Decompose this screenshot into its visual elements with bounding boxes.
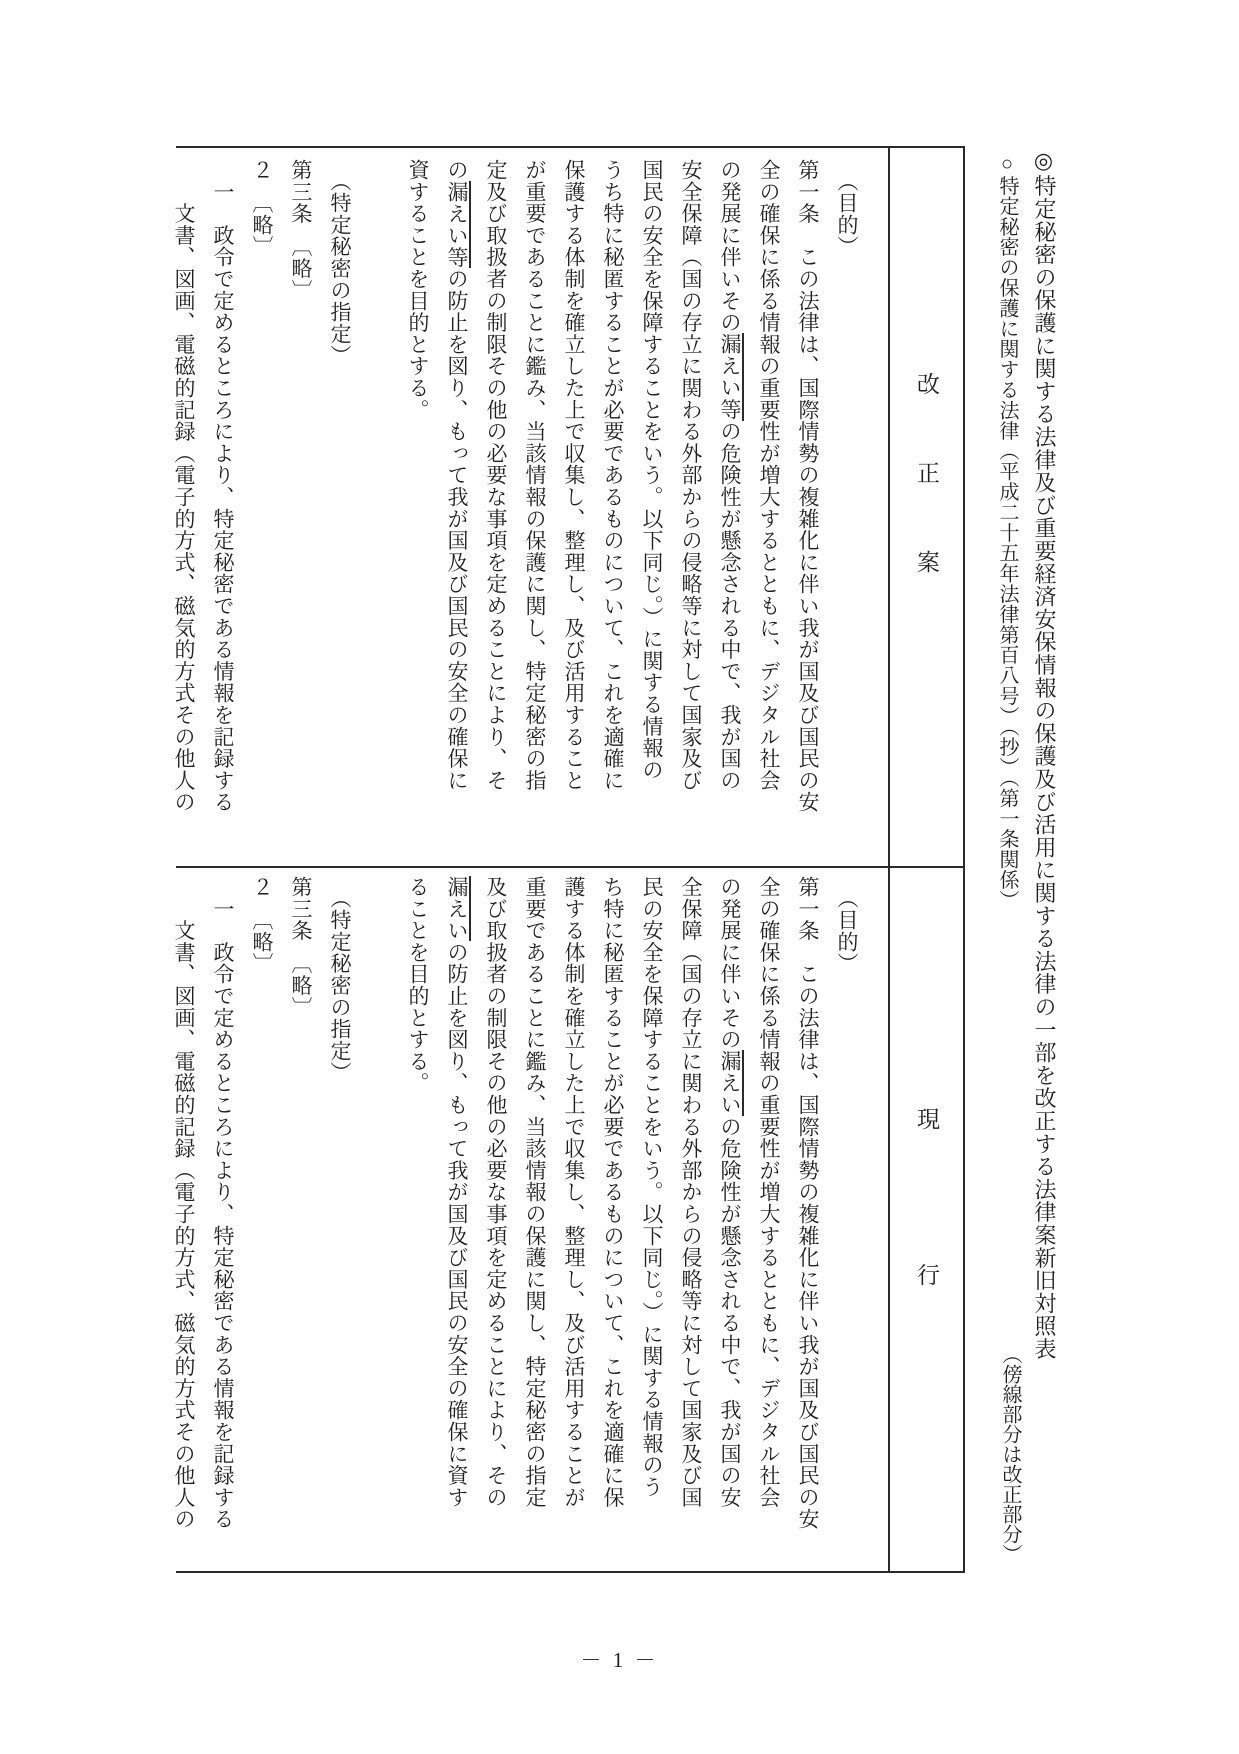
text-segment: の防止を図り、もって我が国及び国民の安全の確保に資す — [445, 941, 469, 1508]
law-text-column: ２ 〔略〕 — [242, 159, 281, 866]
law-subtitle: ○特定秘密の保護に関する法律（平成二十五年法律第百八号）（抄）（第一条関係） — [993, 153, 1022, 910]
text-segment: 全保障（国の存立に関わる外部からの侵略等に対して国家及び国 — [679, 876, 703, 1508]
law-text-column: の発展に伴いその漏えいの危険性が懸念される中で、我が国の安 — [710, 876, 749, 1571]
law-text-column: 文書、図画、電磁的記録（電子的方式、磁気的方式その他人の — [164, 876, 203, 1571]
law-text-column — [359, 159, 398, 866]
revision-marked-text: 漏えい等 — [718, 333, 744, 420]
document-title: ◎特定秘密の保護に関する法律及び重要経済安保情報の保護及び活用に関する法律の一部… — [1029, 149, 1060, 1360]
text-segment: 国民の安全を保障することをいう。以下同じ。）に関する情報の — [640, 159, 664, 781]
text-segment: 安全保障（国の存立に関わる外部からの侵略等に対して国家及び — [679, 159, 703, 791]
text-segment: ることを目的とする。 — [406, 876, 430, 1094]
revised-column-header: 改正案 — [890, 372, 963, 639]
law-text-column: 安全保障（国の存立に関わる外部からの侵略等に対して国家及び — [671, 159, 710, 866]
law-text-column: 文書、図画、電磁的記録（電子的方式、磁気的方式その他人の — [164, 159, 203, 866]
text-segment: 及び取扱者の制限その他の必要な事項を定めることにより、その — [484, 876, 508, 1508]
text-segment: の発展に伴いその — [718, 876, 742, 1050]
law-text-column: 資することを目的とする。 — [398, 159, 437, 866]
law-text-column: 一 政令で定めるところにより、特定秘密である情報を記録する — [203, 159, 242, 866]
text-segment: ち特に秘匿することが必要であるものについて、これを適確に保 — [601, 876, 625, 1508]
text-segment: 文書、図画、電磁的記録（電子的方式、磁気的方式その他人の — [172, 876, 196, 1530]
text-segment: 護する体制を確立した上で収集し、整理し、及び活用することが — [562, 876, 586, 1508]
text-segment: 重要であることに鑑み、当該情報の保護に関し、特定秘密の指定 — [523, 876, 547, 1508]
text-segment: 一 政令で定めるところにより、特定秘密である情報を記録する — [211, 159, 235, 813]
law-text-column: ち特に秘匿することが必要であるものについて、これを適確に保 — [593, 876, 632, 1571]
page-number: － 1 － — [0, 1644, 1239, 1674]
text-segment: 第三条 〔略〕 — [289, 876, 313, 1018]
text-segment: 一 政令で定めるところにより、特定秘密である情報を記録する — [211, 876, 235, 1530]
law-text-column: ２ 〔略〕 — [242, 876, 281, 1571]
law-text-column: が重要であることに鑑み、当該情報の保護に関し、特定秘密の指 — [515, 159, 554, 866]
text-segment: 第一条 この法律は、国際情勢の複雑化に伴い我が国及び国民の安 — [796, 159, 820, 813]
text-segment: 資することを目的とする。 — [406, 159, 430, 421]
law-text-column: 漏えいの防止を図り、もって我が国及び国民の安全の確保に資す — [437, 876, 476, 1571]
law-text-column: 保護する体制を確立した上で収集し、整理し、及び活用すること — [554, 159, 593, 866]
law-text-column: ることを目的とする。 — [398, 876, 437, 1571]
comparison-table: 改正案 現行 （目的）第一条 この法律は、国際情勢の複雑化に伴い我が国及び国民の… — [176, 146, 965, 1573]
revised-header-label: 改正案 — [910, 372, 943, 639]
law-text-column: 全の確保に係る情報の重要性が増大するとともに、デジタル社会 — [749, 159, 788, 866]
law-text-column: （目的） — [827, 876, 866, 1571]
revision-marked-text: 漏えい — [718, 1050, 744, 1115]
law-text-column: 第三条 〔略〕 — [281, 876, 320, 1571]
law-text-column: 全の確保に係る情報の重要性が増大するとともに、デジタル社会 — [749, 876, 788, 1571]
law-text-column: 護する体制を確立した上で収集し、整理し、及び活用することが — [554, 876, 593, 1571]
law-text-column: 全保障（国の存立に関わる外部からの侵略等に対して国家及び国 — [671, 876, 710, 1571]
text-segment: の — [445, 159, 469, 181]
text-segment: 文書、図画、電磁的記録（電子的方式、磁気的方式その他人の — [172, 159, 196, 813]
law-text-column: （特定秘密の指定） — [320, 876, 359, 1571]
text-segment: うち特に秘匿することが必要であるものについて、これを適確に — [601, 159, 625, 791]
text-segment: 全の確保に係る情報の重要性が増大するとともに、デジタル社会 — [757, 159, 781, 791]
text-segment: が重要であることに鑑み、当該情報の保護に関し、特定秘密の指 — [523, 159, 547, 791]
text-segment: 第三条 〔略〕 — [289, 159, 313, 301]
law-text-column: 及び取扱者の制限その他の必要な事項を定めることにより、その — [476, 876, 515, 1571]
law-text-column: の漏えい等の防止を図り、もって我が国及び国民の安全の確保に — [437, 159, 476, 866]
revision-marked-text: 漏えい — [445, 876, 471, 941]
document-page: { "colors": { "ink": "#1f1f1f", "paper":… — [0, 0, 1239, 1754]
text-segment: （目的） — [835, 876, 859, 975]
law-text-column: 国民の安全を保障することをいう。以下同じ。）に関する情報の — [632, 159, 671, 866]
law-text-column: 重要であることに鑑み、当該情報の保護に関し、特定秘密の指定 — [515, 876, 554, 1571]
text-segment: （特定秘密の指定） — [328, 159, 352, 367]
law-text-column: 第一条 この法律は、国際情勢の複雑化に伴い我が国及び国民の安 — [788, 159, 827, 866]
current-header-label: 現行 — [910, 1107, 943, 1419]
revision-legend-note: （傍線部分は改正部分） — [996, 1344, 1025, 1564]
revised-text-cell: （目的）第一条 この法律は、国際情勢の複雑化に伴い我が国及び国民の安全の確保に係… — [176, 148, 866, 866]
law-text-column: 第一条 この法律は、国際情勢の複雑化に伴い我が国及び国民の安 — [788, 876, 827, 1571]
text-segment: 第一条 この法律は、国際情勢の複雑化に伴い我が国及び国民の安 — [796, 876, 820, 1530]
revision-marked-text: 漏えい等 — [445, 181, 471, 268]
text-segment: 保護する体制を確立した上で収集し、整理し、及び活用すること — [562, 159, 586, 791]
current-text-cell: （目的）第一条 この法律は、国際情勢の複雑化に伴い我が国及び国民の安全の確保に係… — [176, 868, 866, 1571]
text-segment — [367, 876, 391, 898]
text-segment: ２ 〔略〕 — [250, 876, 274, 975]
text-segment: 民の安全を保障することをいう。以下同じ。）に関する情報のう — [640, 876, 664, 1498]
text-segment: の発展に伴いその — [718, 159, 742, 333]
text-segment: の防止を図り、もって我が国及び国民の安全の確保に — [445, 268, 469, 791]
current-column-header: 現行 — [890, 1107, 963, 1419]
text-segment: ２ 〔略〕 — [250, 159, 274, 258]
law-text-column: （特定秘密の指定） — [320, 159, 359, 866]
law-text-column: 民の安全を保障することをいう。以下同じ。）に関する情報のう — [632, 876, 671, 1571]
law-text-column: うち特に秘匿することが必要であるものについて、これを適確に — [593, 159, 632, 866]
text-segment: 全の確保に係る情報の重要性が増大するとともに、デジタル社会 — [757, 876, 781, 1508]
text-segment: （特定秘密の指定） — [328, 876, 352, 1084]
law-text-column: の発展に伴いその漏えい等の危険性が懸念される中で、我が国の — [710, 159, 749, 866]
text-segment: 定及び取扱者の制限その他の必要な事項を定めることにより、そ — [484, 159, 508, 791]
text-segment — [367, 159, 391, 181]
text-segment: の危険性が懸念される中で、我が国の — [718, 421, 742, 792]
law-text-column: 一 政令で定めるところにより、特定秘密である情報を記録する — [203, 876, 242, 1571]
text-segment: （目的） — [835, 159, 859, 258]
law-text-column: （目的） — [827, 159, 866, 866]
law-text-column: 定及び取扱者の制限その他の必要な事項を定めることにより、そ — [476, 159, 515, 866]
law-text-column — [359, 876, 398, 1571]
law-text-column: 第三条 〔略〕 — [281, 159, 320, 866]
text-segment: の危険性が懸念される中で、我が国の安 — [718, 1116, 742, 1508]
